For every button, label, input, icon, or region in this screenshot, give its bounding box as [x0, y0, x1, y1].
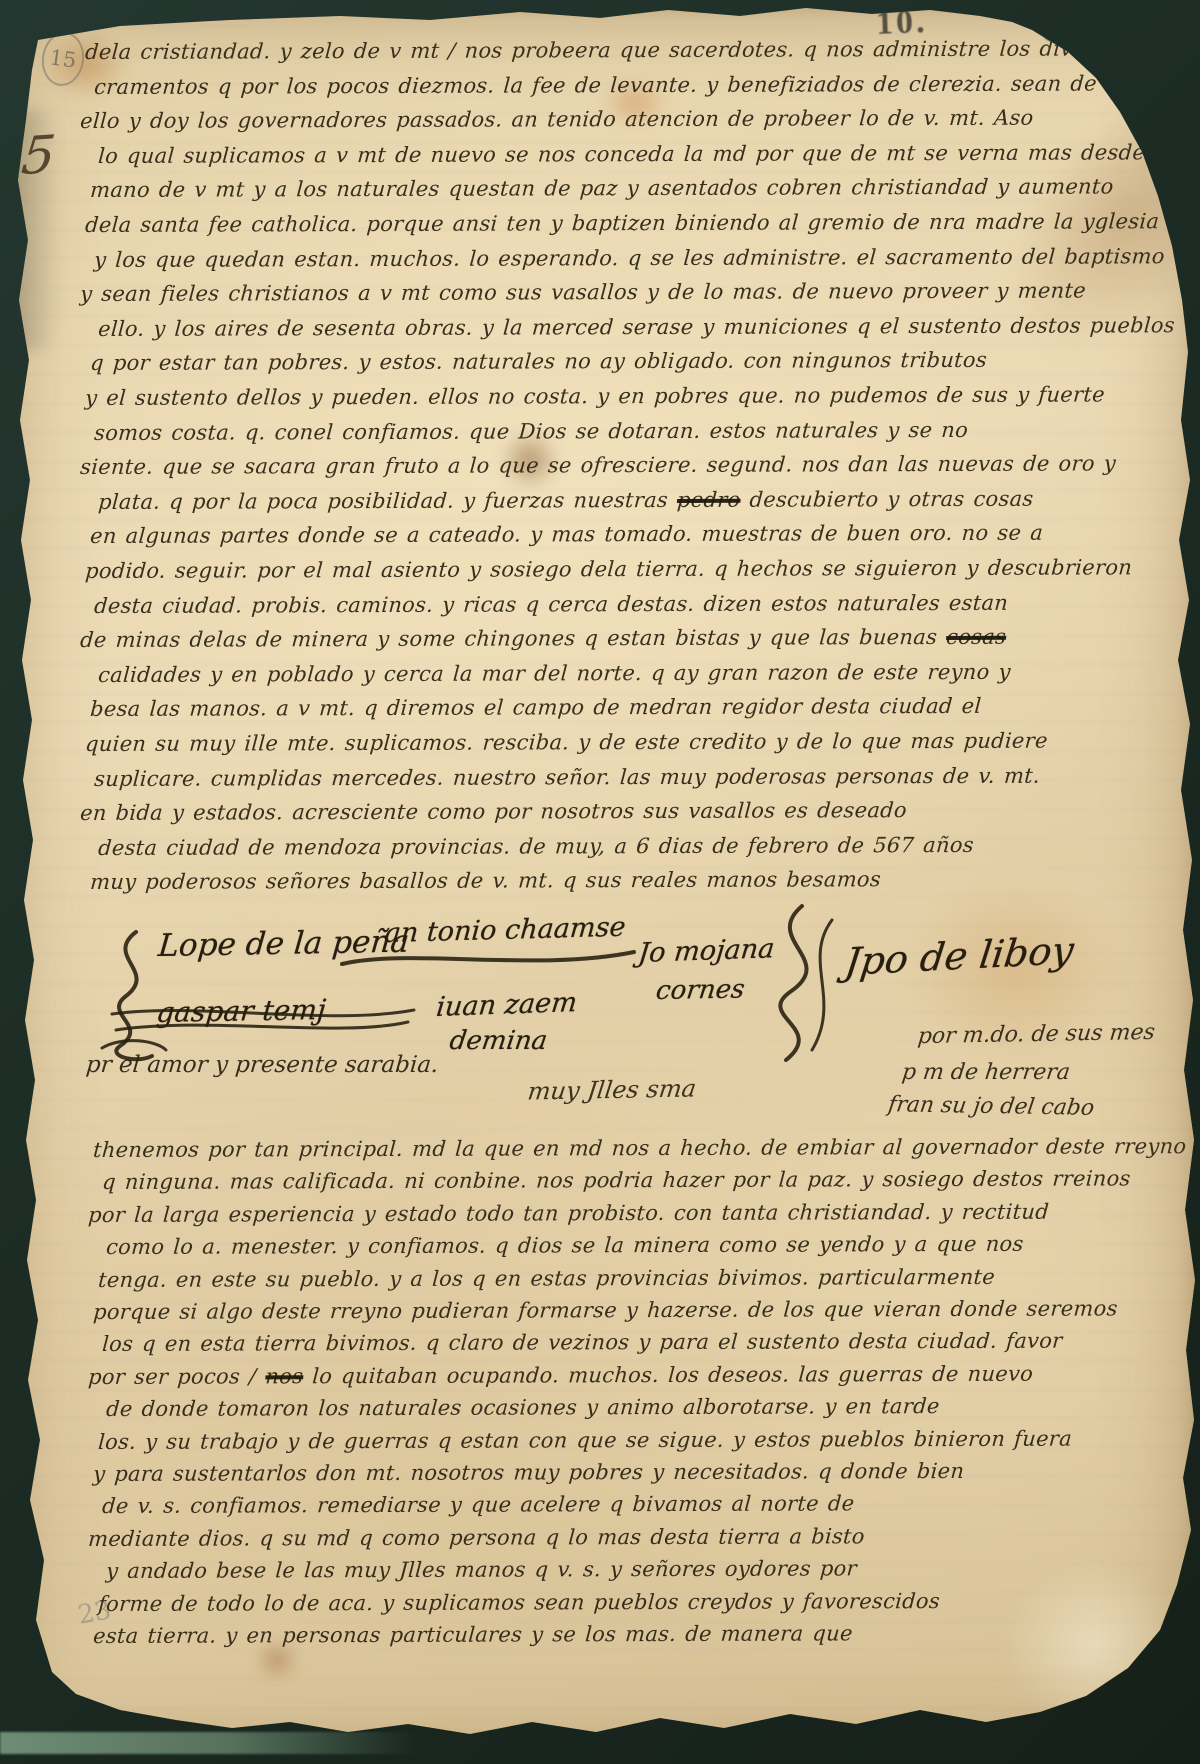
signature-gaspar: gaspar temj [155, 993, 327, 1029]
manuscript-line: suplicare. cumplidas mercedes. nuestro s… [93, 763, 1040, 790]
rubric-flourish [742, 900, 852, 1070]
manuscript-line: mediante dios. q su md q como persona q … [87, 1524, 865, 1551]
manuscript-line: mano de v mt y a los naturales questan d… [89, 175, 1114, 203]
manuscript-line: podido. seguir. por el mal asiento y sos… [84, 555, 1133, 583]
manuscript-line: q ninguna. mas calificada. ni conbine. n… [101, 1167, 1131, 1195]
manuscript-line: en bida y estados. acresciente como por … [79, 798, 907, 825]
cabo-note: fran su jo del cabo [886, 1092, 1095, 1121]
struck-word: nos [265, 1364, 304, 1388]
manuscript-line: tenga. en este su pueblo. y a los q en e… [97, 1264, 996, 1291]
struck-word: cosas [945, 625, 1007, 649]
manuscript-line: de v. s. confiamos. remediarse y que ace… [101, 1492, 855, 1519]
manuscript-line: esta tierra. y en personas particulares … [92, 1621, 853, 1648]
manuscript-line: de donde tomaron los naturales ocasiones… [105, 1394, 940, 1421]
herrera-note: p m de herrera [900, 1060, 1071, 1085]
signature-zaem-line2: demina [448, 1026, 549, 1056]
manuscript-line: y el sustento dellos y pueden. ellos no … [84, 382, 1105, 410]
manuscript-line: y sean fieles christianos a v mt como su… [79, 279, 1086, 307]
por-mandado-note: por m.do. de sus mes [916, 1020, 1156, 1049]
manuscript-line: los. y su trabajo y de guerras q estan c… [97, 1426, 1072, 1453]
manuscript-line: dela cristiandad. y zelo de v mt / nos p… [84, 36, 1118, 64]
manuscript-line: q por estar tan pobres. y estos. natural… [89, 348, 987, 375]
signature-antonio-chaamse: an tonio chaamse [384, 912, 627, 949]
manuscript-line: en algunas partes donde se a cateado. y … [89, 521, 1044, 548]
manuscript-sheet: 15 5 10. Ca 23 dela cristiandad. y zelo … [0, 0, 1200, 1764]
manuscript-line: quien su muy ille mte. suplicamos. resci… [84, 729, 1048, 756]
manuscript-line: muy poderosos señores basallos de v. mt.… [89, 868, 881, 895]
manuscript-line: y andado bese le las muy Jlles manos q v… [105, 1557, 857, 1584]
folio-number-pencil: 15 [38, 29, 87, 88]
corner-fold-highlight [1000, 1560, 1190, 1730]
manuscript-line: calidades y en poblado y cerca la mar de… [97, 660, 1011, 687]
manuscript-line: besa las manos. a v mt. q diremos el cam… [89, 694, 982, 721]
manuscript-line: ello y doy los governadores passados. an… [79, 106, 1034, 133]
manuscript-line: cramentos q por los pocos diezmos. la fe… [93, 71, 1160, 99]
manuscript-line: dela santa fee catholica. porque ansi te… [84, 209, 1160, 237]
margin-ink-mark: 5 [19, 125, 59, 187]
manuscript-line: por la larga esperiencia y estado todo t… [87, 1199, 1049, 1226]
signature-mojana-line2: cornes [654, 974, 746, 1006]
muy-illes-note: muy Jlles sma [526, 1075, 698, 1106]
sarabia-line: pr el amor y presente sarabia. [85, 1052, 440, 1078]
manuscript-line: y los que quedan estan. muchos. lo esper… [93, 244, 1165, 272]
signature-liboy: Jpo de liboy [843, 928, 1077, 984]
manuscript-line: como lo a. menester. y confiamos. q dios… [105, 1232, 1024, 1259]
manuscript-line: los q en esta tierra bivimos. q claro de… [101, 1329, 1063, 1356]
manuscript-line: ello. y los aires de sesenta obras. y la… [97, 313, 1175, 341]
manuscript-line: lo qual suplicamos a v mt de nuevo se no… [97, 140, 1146, 168]
manuscript-line: plata. q por la poca posibilidad. y fuer… [97, 487, 1034, 514]
manuscript-line: y para sustentarlos don mt. nosotros muy… [92, 1459, 965, 1486]
table-edge-strip [0, 1732, 420, 1754]
manuscript-line: forme de todo lo de aca. y suplicamos se… [97, 1589, 940, 1616]
struck-word: pedro [676, 488, 741, 512]
manuscript-line: somos costa. q. conel confiamos. que Dio… [93, 418, 969, 445]
signature-zaem-line1: iuan zaem [435, 987, 579, 1023]
manuscript-line: thenemos por tan principal. md la que en… [92, 1134, 1200, 1162]
manuscript-line: de minas delas de minera y some chingone… [79, 625, 1007, 652]
manuscript-line: porque si algo deste rreyno pudieran for… [92, 1296, 1118, 1324]
scanned-manuscript-page: 15 5 10. Ca 23 dela cristiandad. y zelo … [0, 0, 1200, 1764]
manuscript-line: desta ciudad. probis. caminos. y ricas q… [93, 590, 1009, 617]
manuscript-line: siente. que se sacara gran fruto a lo qu… [79, 452, 1116, 480]
manuscript-line: por ser pocos / nos lo quitaban ocupando… [87, 1361, 1034, 1388]
signature-lope-de-la-pena: Lope de la peña [157, 924, 411, 964]
manuscript-line: desta ciudad de mendoza provincias. de m… [97, 833, 974, 860]
signature-mojana-line1: Jo mojana [637, 933, 776, 969]
